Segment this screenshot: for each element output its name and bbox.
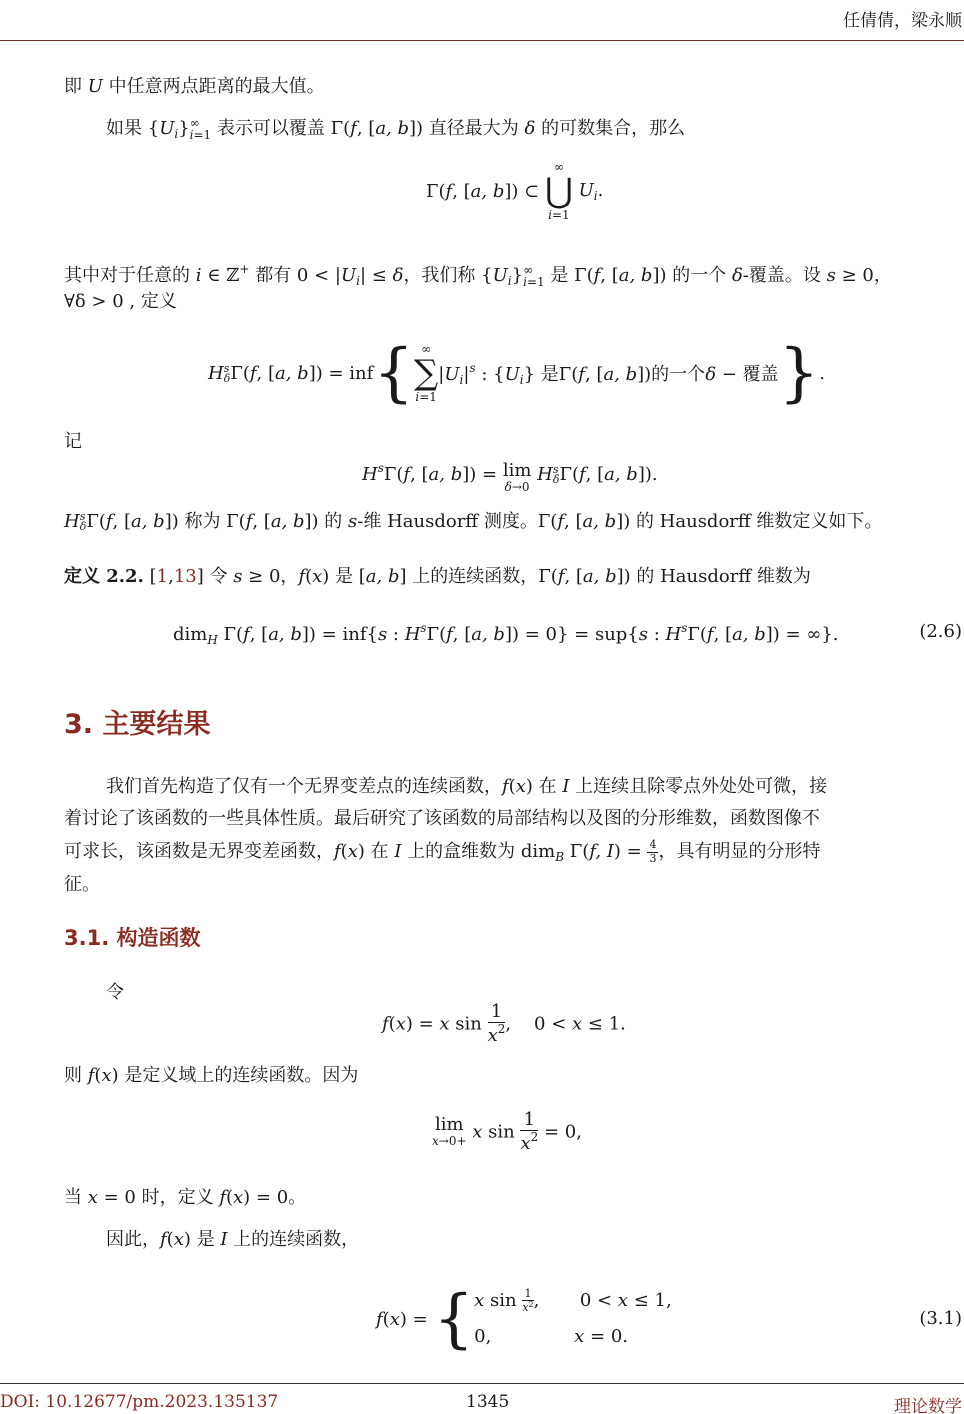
paragraph-hausdorff-measure: HsδΓ(f, [a, b]) 称为 Γ(f, [a, b]) 的 s-维 Ha… — [64, 506, 882, 538]
paragraph-ji: 记 — [64, 426, 82, 458]
citation-link-1[interactable]: 1 — [157, 566, 168, 587]
paragraph-then: 则 f(x) 是定义域上的连续函数。因为 — [64, 1060, 358, 1092]
footer-rule — [0, 1383, 964, 1384]
footer-doi-link[interactable]: DOI: 10.12677/pm.2023.135137 — [0, 1392, 278, 1412]
equation-f-definition: f(x) = x sin 1x2, 0 < x ≤ 1. — [382, 1002, 626, 1046]
equation-hausdorff-measure: HsΓ(f, [a, b]) = limδ→0 HsδΓ(f, [a, b]). — [362, 461, 658, 494]
equation-hausdorff-delta: HsδΓ(f, [a, b]) = inf { ∞∑i=1 |Ui|s : {U… — [208, 336, 825, 410]
paragraph-main-1: 我们首先构造了仅有一个无界变差点的连续函数，f(x) 在 I 上连续且除零点外处… — [106, 771, 827, 803]
equation-union: Γ(f, [a, b]) ⊂ ∞⋃i=1 Ui. — [426, 160, 603, 223]
section-heading-3: 3. 主要结果 — [64, 702, 210, 741]
definition-2-2: 定义 2.2. [1,13] 令 s ≥ 0，f(x) 是 [a, b] 上的连… — [64, 561, 811, 593]
footer-page-number: 1345 — [466, 1392, 509, 1412]
equation-number-2-6: (2.6) — [919, 621, 962, 642]
equation-piecewise: f(x) = { x sin 1x2, 0 < x ≤ 1, 0,x = 0. — [376, 1282, 672, 1356]
equation-limit: limx→0+ x sin 1x2 = 0, — [432, 1110, 582, 1154]
citation-link-13[interactable]: 13 — [174, 566, 197, 587]
equation-dim-hausdorff: dimH Γ(f, [a, b]) = inf{s : HsΓ(f, [a, b… — [173, 621, 839, 647]
paragraph-cover: 如果 {Ui}∞i=1 表示可以覆盖 Γ(f, [a, b]) 直径最大为 δ … — [106, 113, 685, 150]
paragraph-diameter: 即 U 中任意两点距离的最大值。 — [64, 71, 325, 103]
paragraph-main-3: 可求长，该函数是无界变差函数，f(x) 在 I 上的盒维数为 dimB Γ(f,… — [64, 836, 820, 873]
equation-number-3-1: (3.1) — [919, 1308, 962, 1329]
paragraph-define-forall: ∀δ > 0 , 定义 — [64, 286, 177, 318]
header-rule — [0, 40, 964, 41]
paragraph-therefore: 因此，f(x) 是 I 上的连续函数， — [106, 1224, 359, 1256]
footer-journal-name: 理论数学 — [894, 1392, 962, 1414]
running-header-authors: 任倩倩，梁永顺 — [843, 6, 962, 31]
subsection-heading-3-1: 3.1. 构造函数 — [64, 922, 201, 952]
paragraph-main-4: 征。 — [64, 869, 100, 901]
paragraph-delta-cover: 其中对于任意的 i ∈ ℤ+ 都有 0 < |Ui| ≤ δ，我们称 {Ui}∞… — [64, 253, 892, 297]
paragraph-when: 当 x = 0 时，定义 f(x) = 0。 — [64, 1182, 306, 1214]
paragraph-ling: 令 — [106, 977, 124, 1009]
definition-label: 定义 2.2. — [64, 566, 144, 587]
paragraph-main-2: 着讨论了该函数的一些具体性质。最后研究了该函数的局部结构以及图的分形维数，函数图… — [64, 803, 820, 835]
